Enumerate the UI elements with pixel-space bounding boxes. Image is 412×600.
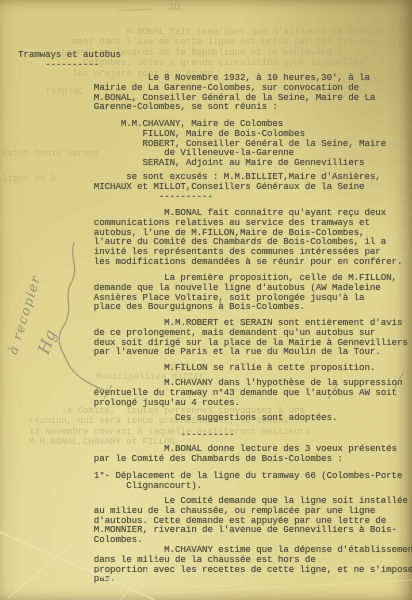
paragraph-excuses: se sont excusés : M.M.BILLIET,Maire d'As… xyxy=(18,172,381,201)
paragraph-chavany-estime: M.CHAVANY estime que la dépense d'établi… xyxy=(18,545,412,584)
paragraph-voeu-1: 1°- Déplacement de la ligne du tramway 6… xyxy=(18,471,402,491)
paragraph-fillon-rallie: M.FILLON se rallie à cette proposition. xyxy=(18,363,375,373)
pencil-page-number: 30, xyxy=(168,2,183,13)
paragraph-suggestions-adoptees: Ces suggestions sont adoptées. xyxy=(18,413,337,423)
paragraph-premiere-proposition: La première proposition, celle de M.FILL… xyxy=(18,273,397,312)
scanned-document-page: M.BONAL fait remarquer que d'ailleurs la… xyxy=(0,0,412,600)
pencil-dash-mark xyxy=(118,9,152,11)
attendee-list: M.M.CHAVANY, Maire de Colombes FILLON, M… xyxy=(18,119,386,168)
paragraph-chavany-hypothese: M.CHAVANY dans l'hypothèse de la suppres… xyxy=(18,378,402,407)
paragraph-comite-demande: Le Comité demande que la ligne soit inst… xyxy=(18,496,408,545)
paragraph-bonal-lecture: M.BONAL donne lecture des 3 voeux présen… xyxy=(18,444,397,464)
separator-dashes: ---------- xyxy=(18,430,235,440)
paragraph-convocation: Le 8 Novembre 1932, à 10 heures,30', à l… xyxy=(18,73,375,112)
section-heading: Tramways et autobus ---------- xyxy=(18,50,121,70)
paragraph-robert-serain: M.M.ROBERT et SERAIN sont entièrement d'… xyxy=(18,318,408,357)
paragraph-bonal-communications: M.BONAL fait connaître qu'ayant reçu deu… xyxy=(18,208,402,267)
